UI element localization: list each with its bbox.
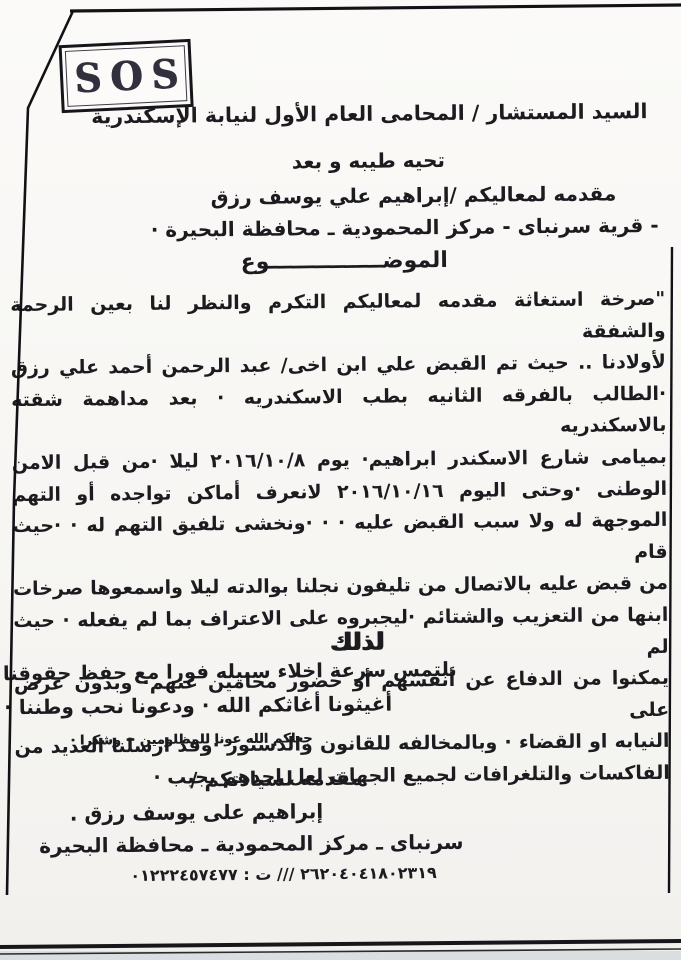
body-line: "صرخة استغاثة مقدمه لمعاليكم التكرم والن… xyxy=(10,284,666,353)
signature-intro: مقدمه لسيادتكم / xyxy=(190,766,363,792)
request-line: نلتمس سرعة اخلاء سبيله فورا مع حفظ حقوقن… xyxy=(0,658,457,685)
greeting-line: تحيه طيبه و بعد xyxy=(292,148,445,173)
signature-id-phone: ٢٦٢٠٤٠٤١٨٠٢٣١٩ /// ت : ٠١٢٢٢٤٥٧٤٧٧ xyxy=(130,863,437,885)
body-line: الموجهة له ولا سبب القبض عليه · · ·ونخشى… xyxy=(12,505,668,574)
subject-heading: الموضـــــــــــــــوع xyxy=(241,248,448,275)
scanned-letter-page: SOS السيد المستشار / المحامى العام الأول… xyxy=(0,0,681,960)
signature-name: إبراهيم على يوسف رزق . xyxy=(70,799,324,825)
addressee-line: السيد المستشار / المحامى العام الأول لني… xyxy=(91,99,648,128)
presenter-line: مقدمه لمعاليكم /إبراهيم علي يوسف رزق xyxy=(211,181,617,209)
plea-line: أغيثونا أغاثكم الله · ودعونا نحب وطننا · xyxy=(4,692,392,720)
therefore-word: لذلك xyxy=(330,628,385,657)
presenter-address-line: - قرية سرنباى - مركز المحمودية ـ محافظة … xyxy=(151,213,659,242)
letter-content: SOS السيد المستشار / المحامى العام الأول… xyxy=(0,0,681,960)
prayer-line: جعلكم الله عونا للمظلومين ·· وشكرا · xyxy=(70,731,312,748)
complaint-body: "صرخة استغاثة مقدمه لمعاليكم التكرم والن… xyxy=(10,284,670,796)
sos-logo-inner-frame: SOS xyxy=(65,45,188,107)
body-line: ·الطالب بالفرقه الثانيه بطب الاسكندريه ·… xyxy=(11,379,667,448)
signature-address: سرنباى ـ مركز المحمودية ـ محافظة البحيرة xyxy=(39,830,464,858)
sos-logo: SOS xyxy=(59,39,194,113)
sos-logo-text: SOS xyxy=(64,49,188,102)
